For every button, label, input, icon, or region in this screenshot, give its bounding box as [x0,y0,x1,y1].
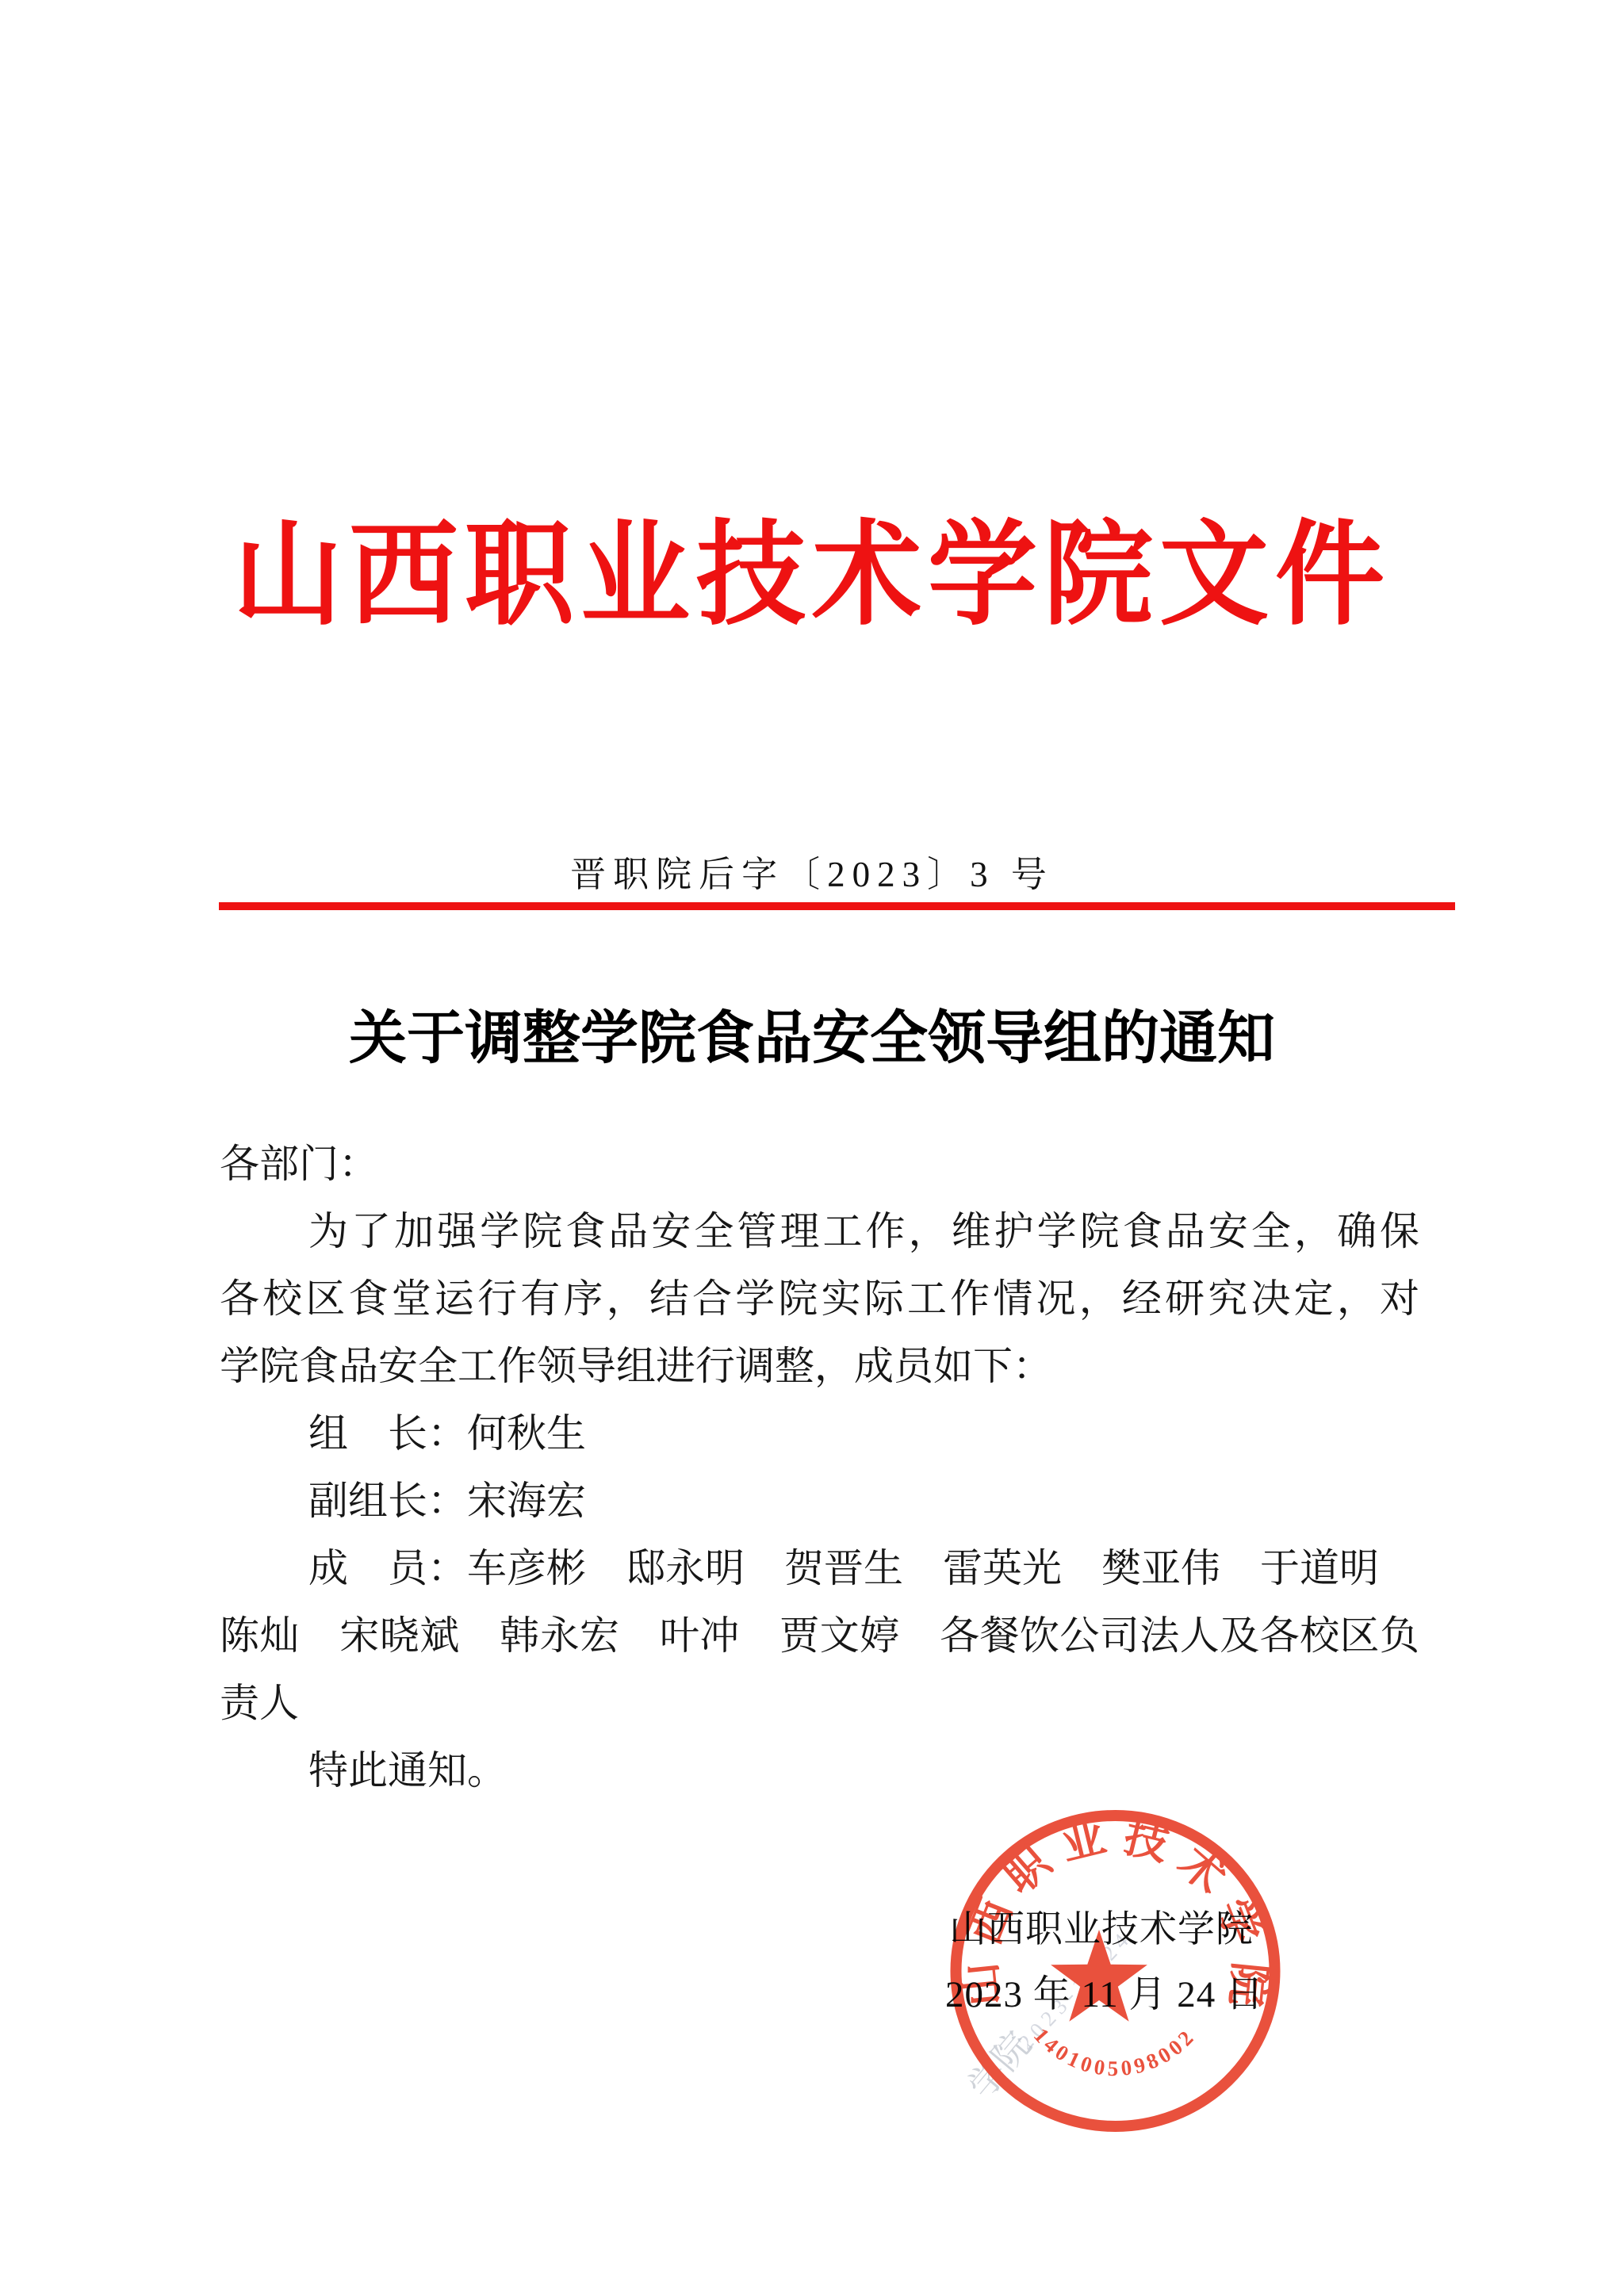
body-line-salutation: 各部门： [220,1131,1419,1198]
document-number: 晋职院后字〔2023〕3 号 [0,845,1624,897]
notice-title: 关于调整学院食品安全领导组的通知 [0,991,1624,1074]
body-line-deputy: 副组长：宋海宏 [220,1468,1419,1535]
body-line-closing: 特此通知。 [220,1737,1419,1804]
body-line-members: 成 员：车彦彬 邸永明 贺晋生 雷英光 樊亚伟 于道明 [220,1535,1419,1602]
red-separator-rule [219,902,1455,910]
seal-serial-number: 1401005098002 [1029,2023,1197,2080]
body-line-leader: 组 长：何秋生 [220,1400,1419,1468]
body-line-members: 陈灿 宋晓斌 韩永宏 叶冲 贾文婷 各餐饮公司法人及各校区负 [220,1602,1419,1670]
body-line: 各校区食堂运行有序，结合学院实际工作情况，经研究决定，对 [220,1265,1419,1333]
body-line: 学院食品安全工作领导组进行调整，成员如下： [220,1333,1419,1400]
notice-body: 各部门： 为了加强学院食品安全管理工作，维护学院食品安全，确保 各校区食堂运行有… [220,1131,1419,1804]
masthead-title: 山西职业技术学院文件 [0,487,1624,644]
body-line-members: 责人 [220,1670,1419,1737]
official-seal: 学院 2023-11-24 山西职业技术学院 1401005098002 [950,1809,1281,2133]
body-line: 为了加强学院食品安全管理工作，维护学院食品安全，确保 [220,1198,1419,1265]
official-document-page: 山西职业技术学院文件 晋职院后字〔2023〕3 号 关于调整学院食品安全领导组的… [0,0,1624,2296]
